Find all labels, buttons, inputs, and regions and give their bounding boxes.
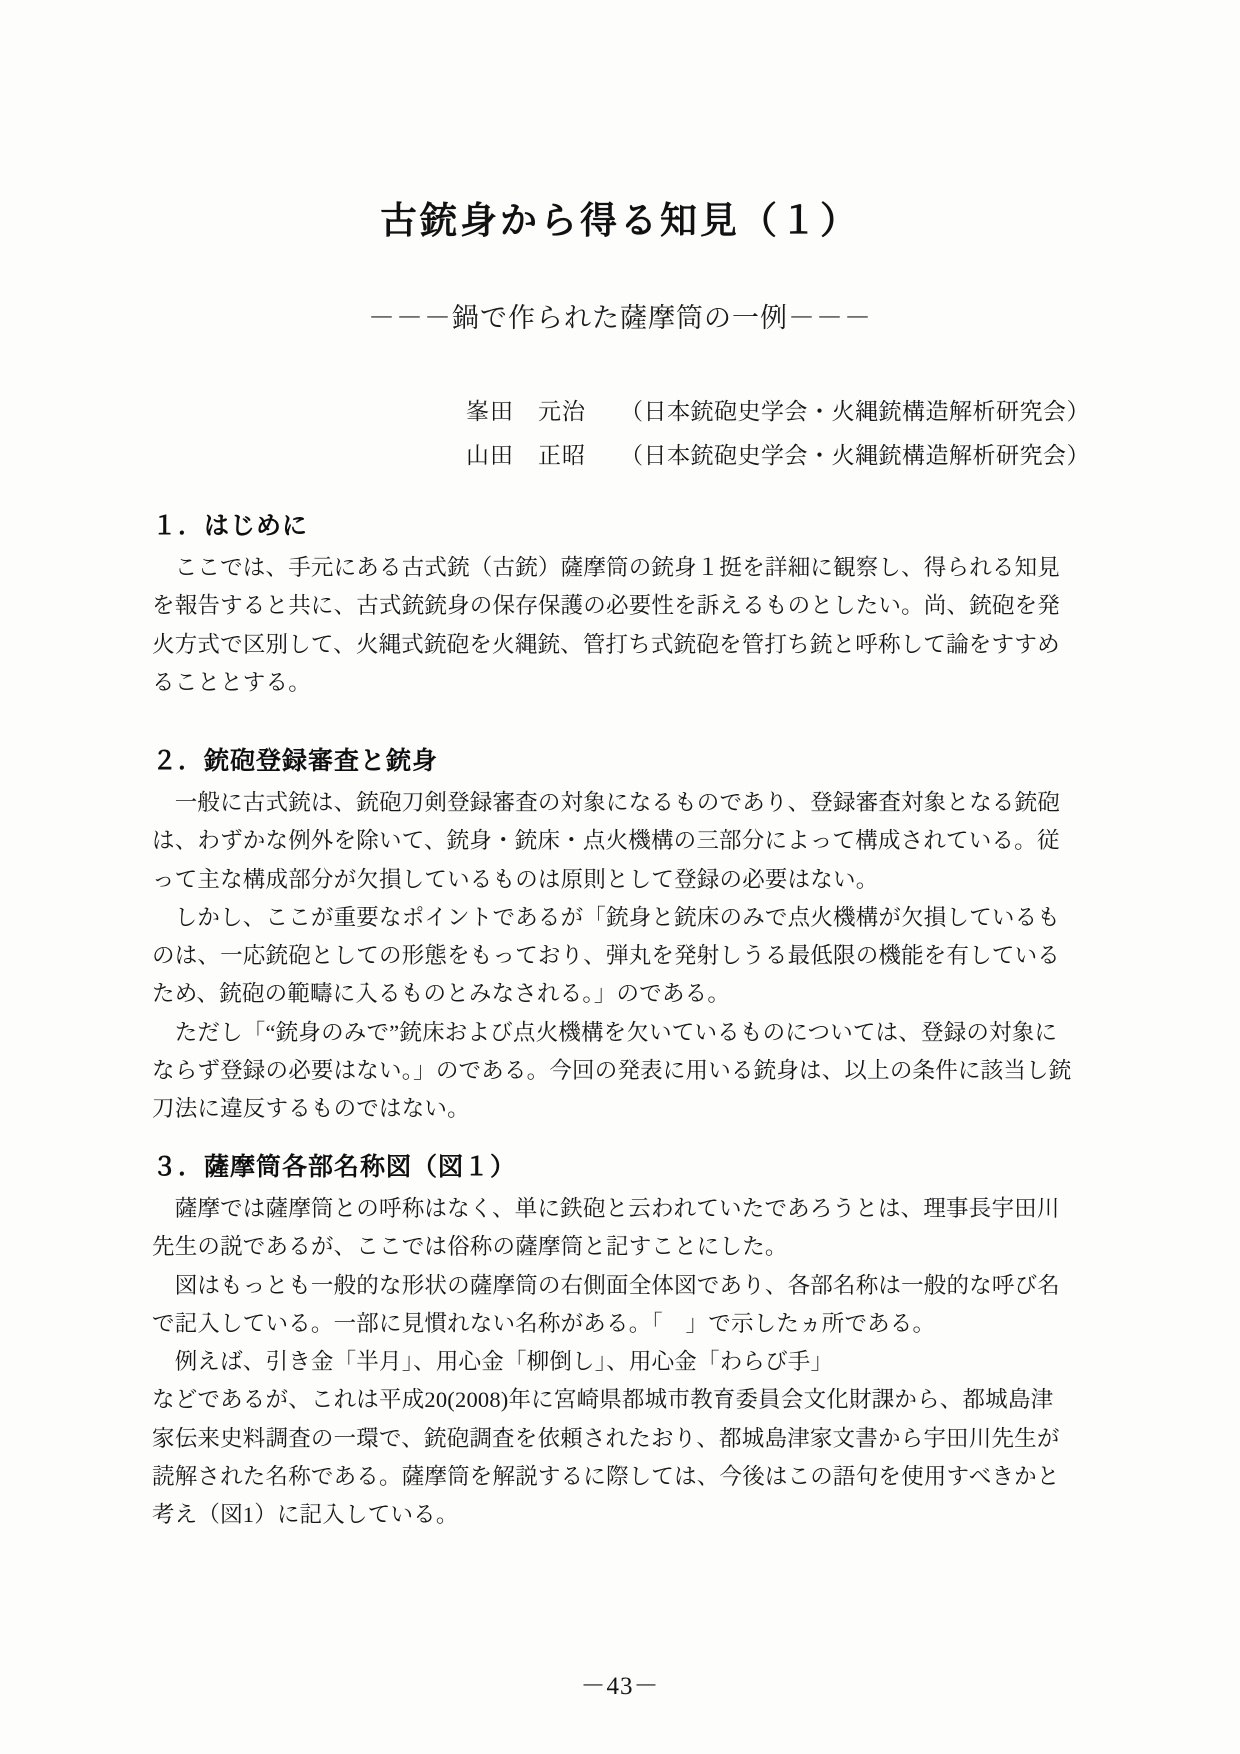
text-line: で記入している。一部に見慣れない名称がある。「 」で示したヵ所である。 bbox=[152, 1305, 1162, 1343]
text-line: 考え（図1）に記入している。 bbox=[152, 1496, 1162, 1534]
text-line: 薩摩では薩摩筒との呼称はなく、単に鉄砲と云われていたであろうとは、理事長宇田川 bbox=[152, 1190, 1162, 1228]
text-line: などであるが、これは平成20(2008)年に宮崎県都城市教育委員会文化財課から、… bbox=[152, 1381, 1162, 1419]
text-line: しかし、ここが重要なポイントであるが「銃身と銃床のみで点火機構が欠損しているも bbox=[152, 899, 1162, 937]
text-line: 図はもっとも一般的な形状の薩摩筒の右側面全体図であり、各部名称は一般的な呼び名 bbox=[152, 1267, 1162, 1305]
author-block: 峯田 元治（日本銃砲史学会・火縄銃構造解析研究会）山田 正昭（日本銃砲史学会・火… bbox=[466, 390, 1090, 478]
section-heading: ２．銃砲登録審査と銃身 bbox=[152, 742, 1162, 780]
author-affiliation: （日本銃砲史学会・火縄銃構造解析研究会） bbox=[620, 390, 1090, 434]
text-line: を報告すると共に、古式銃銃身の保存保護の必要性を訴えるものとしたい。尚、銃砲を発 bbox=[152, 587, 1162, 625]
author-row: 峯田 元治（日本銃砲史学会・火縄銃構造解析研究会） bbox=[466, 390, 1090, 434]
text-line: 例えば、引き金「半月」、用心金「柳倒し」、用心金「わらび手」 bbox=[152, 1343, 1162, 1381]
text-line: 刀法に違反するものではない。 bbox=[152, 1090, 1162, 1128]
author-affiliation: （日本銃砲史学会・火縄銃構造解析研究会） bbox=[620, 434, 1090, 478]
page-title: 古銃身から得る知見（１） bbox=[0, 190, 1240, 244]
author-name: 山田 正昭 bbox=[466, 434, 586, 478]
text-line: 先生の説であるが、ここでは俗称の薩摩筒と記すことにした。 bbox=[152, 1228, 1162, 1266]
text-line: ならず登録の必要はない。」のである。今回の発表に用いる銃身は、以上の条件に該当し… bbox=[152, 1052, 1162, 1090]
section: ３．薩摩筒各部名称図（図１） 薩摩では薩摩筒との呼称はなく、単に鉄砲と云われてい… bbox=[152, 1148, 1162, 1535]
document-page: 古銃身から得る知見（１） －－－鍋で作られた薩摩筒の一例－－－ 峯田 元治（日本… bbox=[0, 0, 1240, 1754]
page-subtitle: －－－鍋で作られた薩摩筒の一例－－－ bbox=[0, 296, 1240, 335]
text-line: 一般に古式銃は、銃砲刀剣登録審査の対象になるものであり、登録審査対象となる銃砲 bbox=[152, 784, 1162, 822]
page-number: －43－ bbox=[0, 1666, 1240, 1702]
text-line: ることとする。 bbox=[152, 664, 1162, 702]
text-line: って主な構成部分が欠損しているものは原則として登録の必要はない。 bbox=[152, 861, 1162, 899]
section: １．はじめに ここでは、手元にある古式銃（古銃）薩摩筒の銃身１挺を詳細に観察し、… bbox=[152, 507, 1162, 702]
text-line: 読解された名称である。薩摩筒を解説するに際しては、今後はこの語句を使用すべきかと bbox=[152, 1458, 1162, 1496]
author-name: 峯田 元治 bbox=[466, 390, 586, 434]
author-row: 山田 正昭（日本銃砲史学会・火縄銃構造解析研究会） bbox=[466, 434, 1090, 478]
text-line: 家伝来史料調査の一環で、銃砲調査を依頼されたおり、都城島津家文書から宇田川先生が bbox=[152, 1420, 1162, 1458]
text-line: のは、一応銃砲としての形態をもっており、弾丸を発射しうる最低限の機能を有している bbox=[152, 937, 1162, 975]
section: ２．銃砲登録審査と銃身 一般に古式銃は、銃砲刀剣登録審査の対象になるものであり、… bbox=[152, 742, 1162, 1129]
section-heading: ３．薩摩筒各部名称図（図１） bbox=[152, 1148, 1162, 1186]
text-line: ただし「“銃身のみで”銃床および点火機構を欠いているものについては、登録の対象に bbox=[152, 1014, 1162, 1052]
text-line: は、わずかな例外を除いて、銃身・銃床・点火機構の三部分によって構成されている。従 bbox=[152, 822, 1162, 860]
text-line: ここでは、手元にある古式銃（古銃）薩摩筒の銃身１挺を詳細に観察し、得られる知見 bbox=[152, 549, 1162, 587]
text-line: ため、銃砲の範疇に入るものとみなされる。」のである。 bbox=[152, 975, 1162, 1013]
text-line: 火方式で区別して、火縄式銃砲を火縄銃、管打ち式銃砲を管打ち銃と呼称して論をすすめ bbox=[152, 626, 1162, 664]
section-heading: １．はじめに bbox=[152, 507, 1162, 545]
